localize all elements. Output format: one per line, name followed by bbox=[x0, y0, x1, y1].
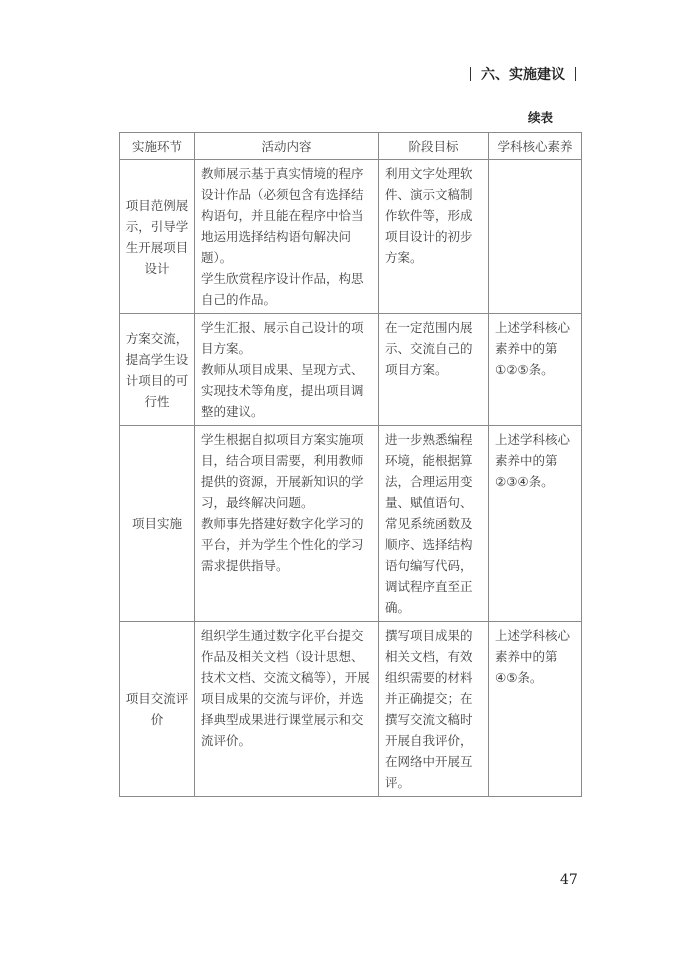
goal-cell: 撰写项目成果的相关文档，有效组织需要的材料并正确提交；在撰写交流文稿时开展自我评… bbox=[379, 622, 489, 797]
goal-cell: 在一定范围内展示、交流自己的项目方案。 bbox=[379, 314, 489, 426]
goal-cell: 利用文字处理软件、演示文稿制作软件等，形成项目设计的初步方案。 bbox=[379, 160, 489, 314]
table-row: 项目实施 学生根据自拟项目方案实施项目，结合项目需要，利用教师提供的资源，开展新… bbox=[120, 426, 582, 622]
literacy-cell: 上述学科核心素养中的第②③④条。 bbox=[489, 426, 582, 622]
table-row: 项目交流评价 组织学生通过数字化平台提交作品及相关文档（设计思想、技术文档、交流… bbox=[120, 622, 582, 797]
implementation-table: 实施环节 活动内容 阶段目标 学科核心素养 项目范例展示，引导学生开展项目设计 … bbox=[119, 132, 582, 797]
goal-cell: 进一步熟悉编程环境，能根据算法，合理运用变量、赋值语句、常见系统函数及顺序、选择… bbox=[379, 426, 489, 622]
activity-cell: 教师展示基于真实情境的程序设计作品（必须包含有选择结构语句，并且能在程序中恰当地… bbox=[195, 160, 379, 314]
activity-text: 教师事先搭建好数字化学习的平台，并为学生个性化的学习需求提供指导。 bbox=[201, 513, 372, 576]
table-row: 方案交流，提高学生设计项目的可行性 学生汇报、展示自己设计的项目方案。 教师从项… bbox=[120, 314, 582, 426]
column-header: 实施环节 bbox=[120, 133, 195, 160]
table-continuation-label: 续表 bbox=[528, 108, 553, 126]
section-title: 六、实施建议 bbox=[481, 67, 565, 83]
stage-cell: 项目范例展示，引导学生开展项目设计 bbox=[120, 160, 195, 314]
page-number: 47 bbox=[560, 872, 578, 888]
stage-cell: 项目交流评价 bbox=[120, 622, 195, 797]
column-header: 活动内容 bbox=[195, 133, 379, 160]
activity-text: 教师展示基于真实情境的程序设计作品（必须包含有选择结构语句，并且能在程序中恰当地… bbox=[201, 163, 372, 268]
divider bbox=[470, 67, 471, 81]
activity-cell: 学生汇报、展示自己设计的项目方案。 教师从项目成果、呈现方式、实现技术等角度，提… bbox=[195, 314, 379, 426]
running-head: 六、实施建议 bbox=[470, 64, 590, 84]
activity-text: 组织学生通过数字化平台提交作品及相关文档（设计思想、技术文档、交流文稿等），开展… bbox=[201, 625, 372, 751]
divider bbox=[575, 67, 576, 81]
activity-text: 学生汇报、展示自己设计的项目方案。 bbox=[201, 317, 372, 359]
table-row: 项目范例展示，引导学生开展项目设计 教师展示基于真实情境的程序设计作品（必须包含… bbox=[120, 160, 582, 314]
literacy-cell: 上述学科核心素养中的第①②⑤条。 bbox=[489, 314, 582, 426]
activity-cell: 组织学生通过数字化平台提交作品及相关文档（设计思想、技术文档、交流文稿等），开展… bbox=[195, 622, 379, 797]
column-header: 学科核心素养 bbox=[489, 133, 582, 160]
literacy-cell: 上述学科核心素养中的第④⑤条。 bbox=[489, 622, 582, 797]
activity-text: 教师从项目成果、呈现方式、实现技术等角度，提出项目调整的建议。 bbox=[201, 359, 372, 422]
activity-text: 学生根据自拟项目方案实施项目，结合项目需要，利用教师提供的资源，开展新知识的学习… bbox=[201, 429, 372, 513]
stage-cell: 方案交流，提高学生设计项目的可行性 bbox=[120, 314, 195, 426]
activity-text: 学生欣赏程序设计作品，构思自己的作品。 bbox=[201, 268, 372, 310]
table-header-row: 实施环节 活动内容 阶段目标 学科核心素养 bbox=[120, 133, 582, 160]
column-header: 阶段目标 bbox=[379, 133, 489, 160]
stage-cell: 项目实施 bbox=[120, 426, 195, 622]
literacy-cell bbox=[489, 160, 582, 314]
activity-cell: 学生根据自拟项目方案实施项目，结合项目需要，利用教师提供的资源，开展新知识的学习… bbox=[195, 426, 379, 622]
